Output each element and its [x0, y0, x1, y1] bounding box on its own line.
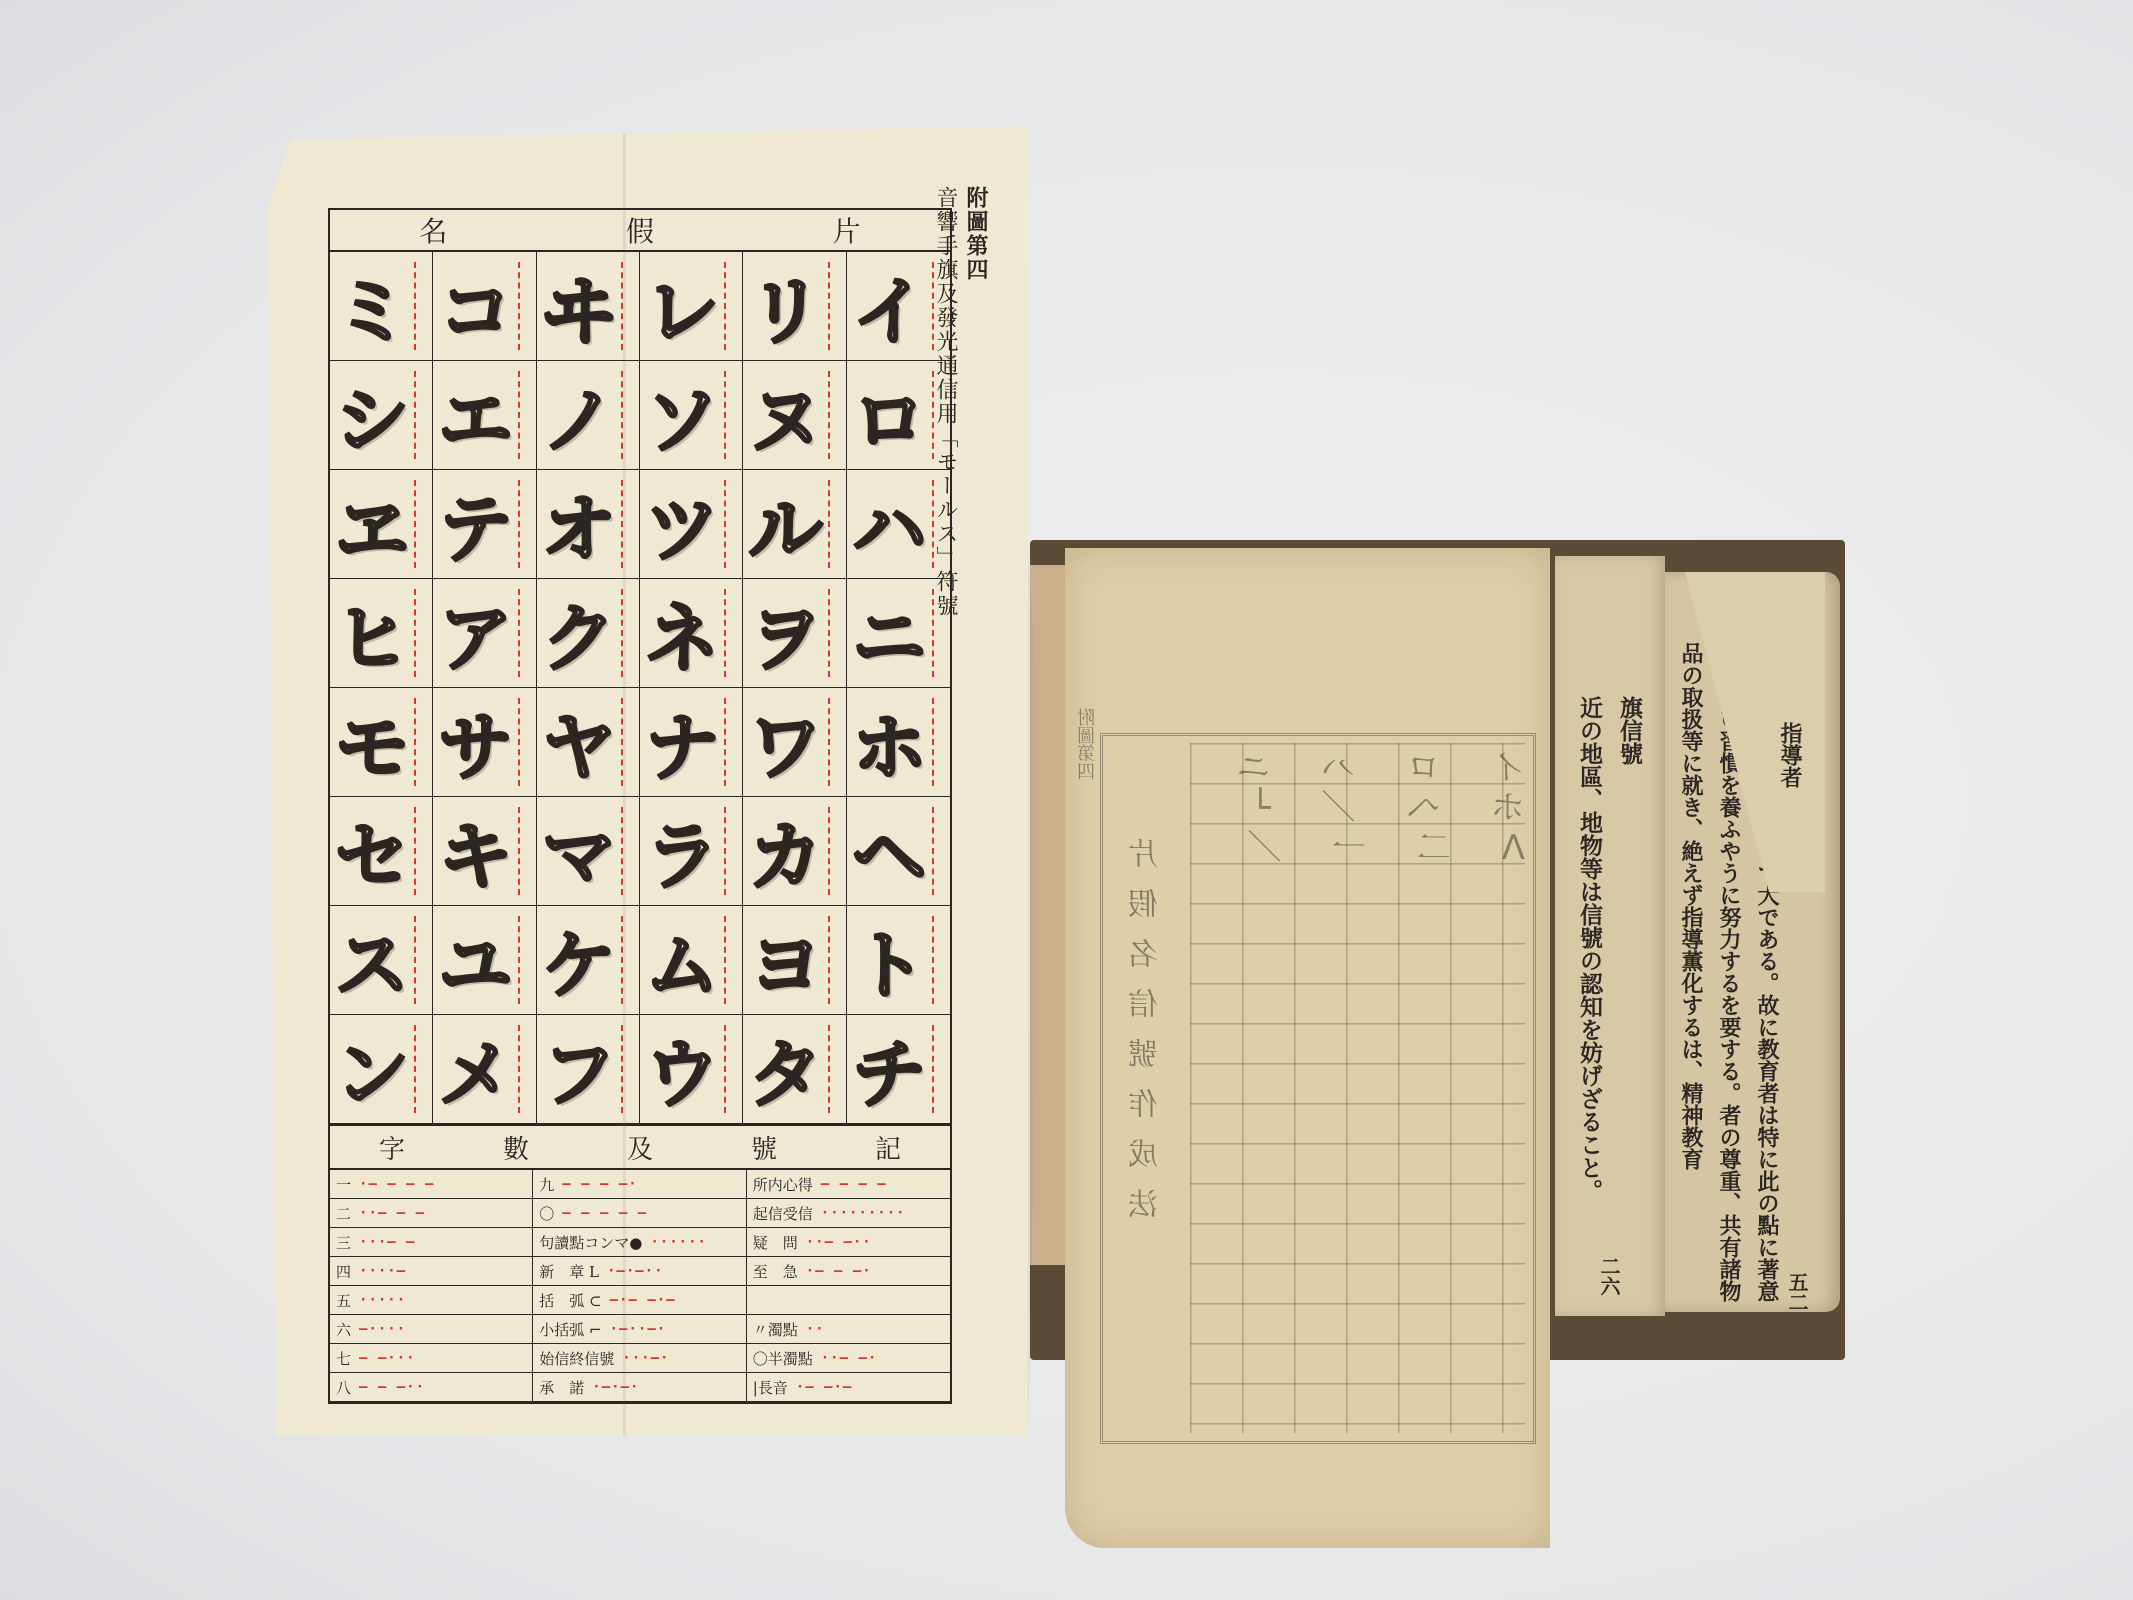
kana-glyph: セ — [335, 798, 409, 904]
kana-glyph: エ — [438, 362, 512, 468]
kana-cell: イ — [847, 252, 950, 361]
kana-glyph: モ — [335, 689, 409, 795]
symbol-label: 二 — [336, 1203, 351, 1224]
kana-cell: ス — [330, 906, 433, 1015]
symbol-row-signals: 〇半濁點··— —· — [747, 1344, 950, 1373]
morse-code-line — [828, 807, 830, 895]
symbol-row-numbers: 四····— — [330, 1257, 533, 1286]
kana-glyph: ヰ — [542, 253, 616, 359]
morse-code: ··— —·· — [806, 1234, 872, 1250]
morse-code: ········· — [821, 1205, 906, 1221]
kana-glyph: ハ — [852, 471, 926, 577]
kana-glyph: イ — [852, 253, 926, 359]
morse-code-line — [518, 807, 520, 895]
kana-cell: ヌ — [743, 361, 846, 470]
kana-glyph: ス — [335, 907, 409, 1013]
kana-cell: ナ — [640, 688, 743, 797]
morse-code-line — [932, 262, 934, 350]
kana-glyph: ロ — [852, 362, 926, 468]
symbol-label: 八 — [336, 1377, 351, 1398]
symbol-label: 七 — [336, 1348, 351, 1369]
morse-code-line — [932, 589, 934, 677]
kana-glyph: ヤ — [542, 689, 616, 795]
kana-table: ミコヰレリイシエノソヌロヱテオツルハヒアクネヲニモサヤナワホセキマラカヘスユケム… — [330, 252, 950, 1124]
kana-cell: フ — [537, 1015, 640, 1124]
symbol-label: 承 諾 — [539, 1377, 584, 1398]
kana-cell: ネ — [640, 579, 743, 688]
morse-code: ·— — — — — [359, 1176, 434, 1192]
symbol-row-punctuation: 九— — — —· — [533, 1170, 746, 1199]
header-char: 假 — [626, 210, 654, 250]
header-char: 號 — [751, 1129, 777, 1166]
morse-code-line — [414, 916, 416, 1004]
header-char: 記 — [875, 1129, 901, 1166]
header-char: 名 — [419, 210, 447, 250]
symbol-row-numbers: 一·— — — — — [330, 1170, 533, 1199]
symbol-row-signals: 〃濁點·· — [747, 1315, 950, 1344]
page-body: 近の地區、地物等は信號の認知を妨げざること。 — [1576, 696, 1602, 1202]
morse-code-line — [828, 916, 830, 1004]
kana-glyph: フ — [542, 1016, 616, 1122]
kana-cell: カ — [743, 797, 846, 906]
morse-code: ·· — [806, 1321, 825, 1337]
kana-cell: オ — [537, 470, 640, 579]
symbol-label: 新 章 L — [539, 1261, 599, 1282]
symbol-row-numbers: 六—···· — [330, 1315, 533, 1344]
kana-glyph: マ — [542, 798, 616, 904]
kana-glyph: リ — [748, 253, 822, 359]
morse-code: ·— —·— — [796, 1379, 853, 1395]
morse-code: ·—·—·· — [607, 1263, 664, 1279]
kana-glyph: ホ — [852, 689, 926, 795]
kana-cell: ル — [743, 470, 846, 579]
morse-code: ···—· — [622, 1350, 669, 1366]
morse-code-line — [724, 480, 726, 568]
symbol-label: 五 — [336, 1290, 351, 1311]
kana-cell: ウ — [640, 1015, 743, 1124]
morse-code-line — [828, 589, 830, 677]
symbol-label: 〇 — [539, 1203, 554, 1224]
kana-glyph: ク — [542, 580, 616, 686]
morse-code-line — [414, 807, 416, 895]
kana-cell: ヰ — [537, 252, 640, 361]
page-heading: 指導者 — [1775, 722, 1806, 788]
kana-glyph: ヲ — [748, 580, 822, 686]
morse-code: — — — — — — [562, 1205, 647, 1221]
morse-code-line — [932, 807, 934, 895]
kana-morse-grid: 名 假 片 ミコヰレリイシエノソヌロヱテオツルハヒアクネヲニモサヤナワホセキマラ… — [328, 208, 952, 1404]
book-page-kana-signal-table: 附圖第四 片假名信號作成法 イ ロ ハ ニ ホ ヘ ／ ┘ Λ 二 一 ／ — [1065, 548, 1550, 1548]
kana-cell: ロ — [847, 361, 950, 470]
page-text: 旗信號 近の地區、地物等は信號の認知を妨げざること。 — [1569, 696, 1649, 1202]
symbol-row-punctuation: 承 諾·—·—· — [533, 1373, 746, 1402]
kana-cell: リ — [743, 252, 846, 361]
kana-cell: セ — [330, 797, 433, 906]
morse-code-line — [518, 698, 520, 786]
kana-cell: ノ — [537, 361, 640, 470]
signal-marks: イ ロ ハ ニ ホ ヘ ／ ┘ Λ 二 一 ／ — [1195, 748, 1525, 868]
kana-cell: マ — [537, 797, 640, 906]
morse-code: —···· — [359, 1321, 406, 1337]
symbol-label: 疑 問 — [753, 1232, 798, 1253]
symbol-row-numbers: 二··— — — — [330, 1199, 533, 1228]
symbol-label: 至 急 — [753, 1261, 798, 1282]
kana-glyph: ツ — [645, 471, 719, 577]
kana-glyph: ソ — [645, 362, 719, 468]
morse-code-line — [932, 1025, 934, 1113]
kana-cell: ク — [537, 579, 640, 688]
kana-cell: チ — [847, 1015, 950, 1124]
symbol-label: 起信受信 — [753, 1203, 813, 1224]
symbol-label: 一 — [336, 1174, 351, 1195]
symbol-label: 三 — [336, 1232, 351, 1253]
kana-glyph: ヌ — [748, 362, 822, 468]
morse-code: — —··· — [359, 1350, 416, 1366]
symbol-label: 小括弧 ⌐ — [539, 1319, 601, 1340]
chart-caption: 附圖第四 音響手旗及發光通信用「モールス」符號 — [958, 186, 992, 618]
morse-code-line — [828, 480, 830, 568]
morse-code-line — [518, 589, 520, 677]
kana-cell: タ — [743, 1015, 846, 1124]
morse-code: ····· — [359, 1292, 406, 1308]
page-figure-label: 附圖第四 — [1075, 708, 1101, 780]
morse-code-line — [414, 262, 416, 350]
kana-glyph: ナ — [645, 689, 719, 795]
morse-code-line — [932, 916, 934, 1004]
header-char: 字 — [379, 1129, 405, 1166]
kana-cell: レ — [640, 252, 743, 361]
morse-code-line — [828, 698, 830, 786]
kana-cell: ヲ — [743, 579, 846, 688]
kana-glyph: ム — [645, 907, 719, 1013]
book-page-flag-signals: 旗信號 近の地區、地物等は信號の認知を妨げざること。 二六 — [1555, 556, 1665, 1316]
kana-cell: ン — [330, 1015, 433, 1124]
morse-code-line — [518, 1025, 520, 1113]
symbol-row-punctuation: 〇— — — — — — [533, 1199, 746, 1228]
kana-cell: ヨ — [743, 906, 846, 1015]
kana-cell: ソ — [640, 361, 743, 470]
kana-glyph: ル — [748, 471, 822, 577]
morse-code: ····— — [359, 1263, 406, 1279]
kana-glyph: メ — [438, 1016, 512, 1122]
kana-glyph: ヱ — [335, 471, 409, 577]
morse-code-line — [518, 480, 520, 568]
kana-cell: ム — [640, 906, 743, 1015]
kana-cell: サ — [433, 688, 536, 797]
morse-code-line — [414, 589, 416, 677]
kana-glyph: テ — [438, 471, 512, 577]
page-title: 片假名信號作成法 — [1125, 838, 1169, 1238]
kana-glyph: ラ — [645, 798, 719, 904]
morse-code-line — [518, 371, 520, 459]
kana-cell: ケ — [537, 906, 640, 1015]
figure-label: 附圖第四 — [961, 186, 992, 468]
kana-glyph: ウ — [645, 1016, 719, 1122]
morse-code: ··— —· — [821, 1350, 878, 1366]
kana-cell: ツ — [640, 470, 743, 579]
symbol-label: 括 弧 ⊂ — [539, 1290, 601, 1311]
morse-code: ·—·—· — [592, 1379, 639, 1395]
morse-code-line — [724, 371, 726, 459]
header-char: 及 — [627, 1129, 653, 1166]
morse-code-line — [932, 480, 934, 568]
kana-glyph: ヘ — [852, 798, 926, 904]
kana-glyph: ノ — [542, 362, 616, 468]
morse-code-line — [621, 480, 623, 568]
symbol-row-punctuation: 新 章 L·—·—·· — [533, 1257, 746, 1286]
morse-code-line — [724, 262, 726, 350]
page-heading: 旗信號 — [1616, 696, 1642, 765]
kana-cell: シ — [330, 361, 433, 470]
kana-cell: テ — [433, 470, 536, 579]
symbol-row-signals: |長音·— —·— — [747, 1373, 950, 1402]
kana-cell: ヤ — [537, 688, 640, 797]
kana-glyph: ヒ — [335, 580, 409, 686]
kana-cell: ユ — [433, 906, 536, 1015]
morse-code-line — [621, 262, 623, 350]
kana-cell: ヒ — [330, 579, 433, 688]
symbol-label: 四 — [336, 1261, 351, 1282]
symbol-row-punctuation: 小括弧 ⌐·—··—· — [533, 1315, 746, 1344]
kana-cell: コ — [433, 252, 536, 361]
morse-code-line — [932, 698, 934, 786]
morse-code: ·—··—· — [610, 1321, 667, 1337]
morse-code-line — [414, 480, 416, 568]
symbols-table: 一·— — — —九— — — —·所内心得— — — —二··— — —〇— … — [330, 1170, 950, 1402]
morse-code-line — [414, 698, 416, 786]
symbol-row-numbers: 三···— — — [330, 1228, 533, 1257]
header-char: 數 — [503, 1129, 529, 1166]
kana-glyph: ア — [438, 580, 512, 686]
kana-glyph: サ — [438, 689, 512, 795]
page-number: 二六 — [1595, 1256, 1624, 1296]
kana-glyph: タ — [748, 1016, 822, 1122]
symbol-label: 六 — [336, 1319, 351, 1340]
symbol-row-signals: 起信受信········· — [747, 1199, 950, 1228]
kana-glyph: チ — [852, 1016, 926, 1122]
morse-code: — — —·· — [359, 1379, 425, 1395]
kana-glyph: シ — [335, 362, 409, 468]
morse-code-line — [828, 262, 830, 350]
kana-cell: ヘ — [847, 797, 950, 906]
kana-glyph: ヨ — [748, 907, 822, 1013]
symbol-label: 始信終信號 — [539, 1348, 614, 1369]
kana-glyph: ワ — [748, 689, 822, 795]
kana-cell: メ — [433, 1015, 536, 1124]
symbol-row-signals — [747, 1286, 950, 1315]
morse-code-line — [621, 916, 623, 1004]
morse-chart-sheet: 附圖第四 音響手旗及發光通信用「モールス」符號 名 假 片 ミコヰレリイシエノソ… — [268, 126, 1028, 1436]
kana-cell: ト — [847, 906, 950, 1015]
kana-header: 名 假 片 — [330, 210, 950, 252]
morse-code-line — [828, 371, 830, 459]
morse-code-line — [621, 589, 623, 677]
kana-cell: ホ — [847, 688, 950, 797]
kana-glyph: ニ — [852, 580, 926, 686]
morse-code-line — [621, 807, 623, 895]
morse-code: ···— — — [359, 1234, 416, 1250]
morse-code-line — [621, 371, 623, 459]
kana-cell: モ — [330, 688, 433, 797]
morse-code-line — [414, 1025, 416, 1113]
morse-code-line — [724, 916, 726, 1004]
morse-code-line — [621, 1025, 623, 1113]
symbol-row-punctuation: 始信終信號···—· — [533, 1344, 746, 1373]
kana-glyph: カ — [748, 798, 822, 904]
book-page-instructor: を補することこそ極めて大である。故に教育者は特に此の點に著意し、良い習慣を養ふや… — [1665, 572, 1840, 1312]
morse-code-line — [724, 589, 726, 677]
symbols-header: 字 數 及 號 記 — [330, 1124, 950, 1170]
morse-code-line — [518, 262, 520, 350]
kana-cell: ハ — [847, 470, 950, 579]
kana-cell: エ — [433, 361, 536, 470]
kana-glyph: オ — [542, 471, 616, 577]
morse-code-line — [621, 698, 623, 786]
kana-cell: ヱ — [330, 470, 433, 579]
symbol-row-signals: 所内心得— — — — — [747, 1170, 950, 1199]
symbol-row-numbers: 七— —··· — [330, 1344, 533, 1373]
kana-glyph: ト — [852, 907, 926, 1013]
kana-glyph: キ — [438, 798, 512, 904]
kana-glyph: レ — [645, 253, 719, 359]
kana-cell: ワ — [743, 688, 846, 797]
kana-glyph: ユ — [438, 907, 512, 1013]
kana-glyph: コ — [438, 253, 512, 359]
symbol-row-punctuation: 括 弧 ⊂—·— —·— — [533, 1286, 746, 1315]
symbol-row-numbers: 八— — —·· — [330, 1373, 533, 1402]
kana-cell: ア — [433, 579, 536, 688]
kana-cell: ミ — [330, 252, 433, 361]
symbol-label: 九 — [539, 1174, 554, 1195]
kana-cell: キ — [433, 797, 536, 906]
symbol-label: 〃濁點 — [753, 1319, 798, 1340]
kana-glyph: ミ — [335, 253, 409, 359]
kana-glyph: ン — [335, 1016, 409, 1122]
morse-code-line — [518, 916, 520, 1004]
kana-glyph: ケ — [542, 907, 616, 1013]
morse-code: —·— —·— — [610, 1292, 676, 1308]
symbol-row-signals: 至 急·— — —· — [747, 1257, 950, 1286]
morse-code-line — [724, 807, 726, 895]
morse-code-line — [724, 1025, 726, 1113]
symbol-label: 所内心得 — [753, 1174, 813, 1195]
symbol-row-punctuation: 句讀點コンマ●······ — [533, 1228, 746, 1257]
morse-code: ·— — —· — [806, 1263, 872, 1279]
morse-code-line — [932, 371, 934, 459]
symbol-row-numbers: 五····· — [330, 1286, 533, 1315]
kana-cell: ラ — [640, 797, 743, 906]
symbol-label: |長音 — [753, 1377, 788, 1398]
morse-code-line — [414, 371, 416, 459]
morse-code: ······ — [650, 1234, 707, 1250]
kana-glyph: ネ — [645, 580, 719, 686]
kana-cell: ニ — [847, 579, 950, 688]
morse-code: ··— — — — [359, 1205, 425, 1221]
morse-code-line — [724, 698, 726, 786]
morse-code: — — — —· — [562, 1176, 637, 1192]
symbol-label: 〇半濁點 — [753, 1348, 813, 1369]
page-number: 五二 — [1783, 1272, 1812, 1312]
morse-code: — — — — — [821, 1176, 887, 1192]
symbol-label: 句讀點コンマ● — [539, 1232, 642, 1253]
symbol-row-signals: 疑 問··— —·· — [747, 1228, 950, 1257]
morse-code-line — [828, 1025, 830, 1113]
header-char: 片 — [833, 210, 861, 250]
